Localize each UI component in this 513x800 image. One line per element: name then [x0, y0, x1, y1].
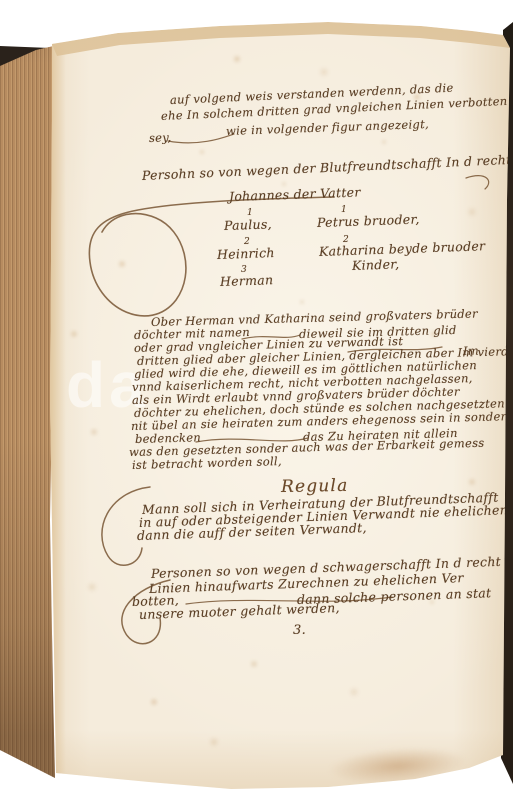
tree-name-paulus: Paulus,	[224, 218, 272, 232]
intro-line-3-catchword: sey,	[149, 132, 172, 144]
tree-name-heinrich: Heinrich	[217, 247, 275, 262]
tree-name-katharina-2: Kinder,	[352, 258, 400, 272]
body-line: ist betracht worden soll,	[132, 456, 282, 471]
foxing-spots	[0, 0, 4, 4]
tree-flourish	[89, 197, 334, 316]
regula-heading: Regula	[281, 478, 349, 496]
intro-swash	[168, 134, 234, 143]
page-stain	[327, 743, 469, 789]
tree-name-katharina: Katharina beyde bruoder	[319, 240, 486, 258]
page-number: 3.	[293, 624, 306, 637]
intro-line-3: wie in volgender figur angezeigt,	[226, 119, 429, 138]
tree-name-herman: Herman	[220, 274, 274, 288]
tree-name-petrus: Petrus bruoder,	[317, 213, 420, 229]
kinship-end-curl	[466, 176, 489, 189]
manuscript-page: da auf volgend weis verstanden werdenn, …	[0, 0, 513, 800]
book-photo: da auf volgend weis verstanden werdenn, …	[0, 0, 513, 800]
family-tree-root: Johannes der Vatter	[229, 186, 361, 203]
kinship-heading-line: Persohn so von wegen der Blutfreundtscha…	[142, 152, 513, 183]
